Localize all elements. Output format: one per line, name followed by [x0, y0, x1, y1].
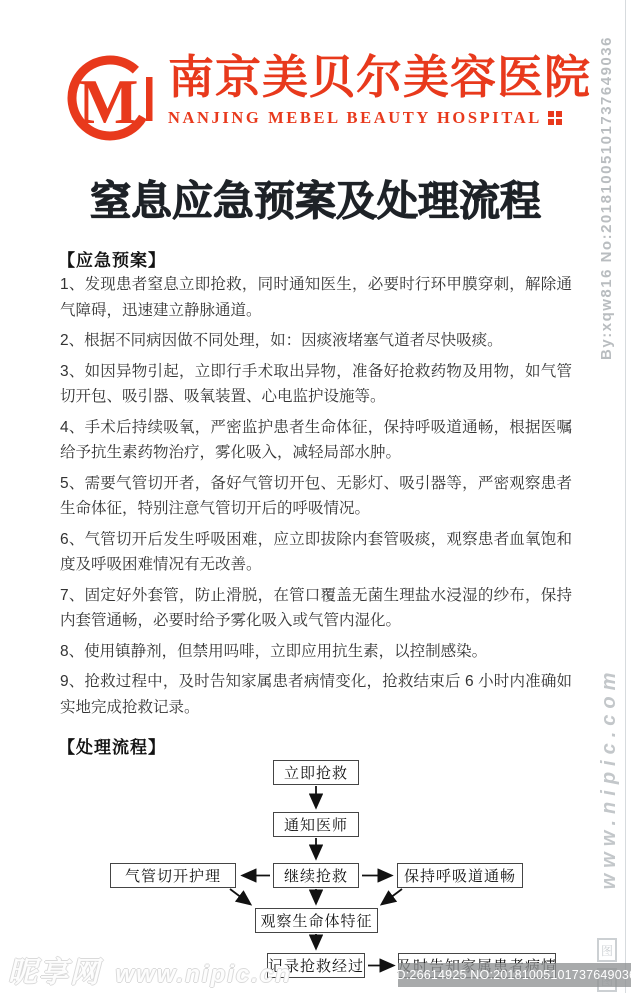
hospital-name-cn: 南京美贝尔美容医院: [168, 50, 591, 106]
section-heading-plan: 【应急预案】: [58, 246, 166, 271]
hospital-name-en-row: NANJING MEBEL BEAUTY HOSPITAL: [168, 108, 591, 128]
logo-grid-icon: [548, 111, 562, 125]
plan-item-4: 4、手术后持续吸氧，严密监护患者生命体征，保持呼吸道通畅，根据医嘱给予抗生素药物…: [60, 415, 572, 466]
hospital-header: M 南京美贝尔美容医院 NANJING MEBEL BEAUTY HOSPITA…: [66, 50, 591, 146]
plan-item-3: 3、如因异物引起，立即行手术取出异物，准备好抢救药物及用物，如气管切开包、吸引器…: [60, 359, 572, 410]
hospital-logo-icon: M: [66, 50, 162, 146]
flow-node-notify-doctor: 通知医师: [273, 812, 359, 837]
logo-letter: M: [78, 66, 138, 137]
poster-page: By:xqw816 No:20181005101737649036 www.ni…: [0, 0, 631, 993]
watermark-bottom-left: 昵享网 www.nipic.cn: [8, 950, 292, 991]
plan-item-8: 8、使用镇静剂，但禁用吗啡，立即应用抗生素，以控制感染。: [60, 639, 572, 665]
watermark-brand: 昵享网: [8, 957, 101, 989]
flow-node-observe-vital-signs: 观察生命体特征: [255, 908, 378, 933]
watermark-url: www.nipic.cn: [115, 961, 291, 988]
plan-item-2: 2、根据不同病因做不同处理，如：因痰液堵塞气道者尽快吸痰。: [60, 328, 572, 354]
plan-item-7: 7、固定好外套管，防止滑脱，在管口覆盖无菌生理盐水浸湿的纱布，保持内套管通畅，必…: [60, 583, 572, 634]
hospital-name-en: NANJING MEBEL BEAUTY HOSPITAL: [168, 108, 542, 128]
flow-node-keep-airway-open: 保持呼吸道通畅: [397, 863, 523, 888]
plan-item-1: 1、发现患者窒息立即抢救，同时通知医生，必要时行环甲膜穿刺，解除通气障碍，迅速建…: [60, 272, 572, 323]
plan-item-6: 6、气管切开后发生呼吸困难，应立即拔除内套管吸痰，观察患者血氧饱和度及呼吸困难情…: [60, 527, 572, 578]
flow-node-continue-rescue: 继续抢救: [273, 863, 359, 888]
plan-item-5: 5、需要气管切开者，备好气管切开包、无影灯、吸引器等，严密观察患者生命体征，特别…: [60, 471, 572, 522]
id-watermark-bar: ID:26614925 NO:20181005101737649036: [398, 963, 631, 987]
page-title: 窒息应急预案及处理流程: [0, 168, 631, 227]
hospital-names: 南京美贝尔美容医院 NANJING MEBEL BEAUTY HOSPITAL: [168, 50, 591, 128]
section-heading-flow: 【处理流程】: [58, 733, 166, 758]
flow-node-tracheotomy-care: 气管切开护理: [110, 863, 236, 888]
plan-list: 1、发现患者窒息立即抢救，同时通知医生，必要时行环甲膜穿刺，解除通气障碍，迅速建…: [60, 272, 572, 725]
flow-node-immediate-rescue: 立即抢救: [273, 760, 359, 785]
plan-item-9: 9、抢救过程中，及时告知家属患者病情变化，抢救结束后 6 小时内准确如实地完成抢…: [60, 669, 572, 720]
